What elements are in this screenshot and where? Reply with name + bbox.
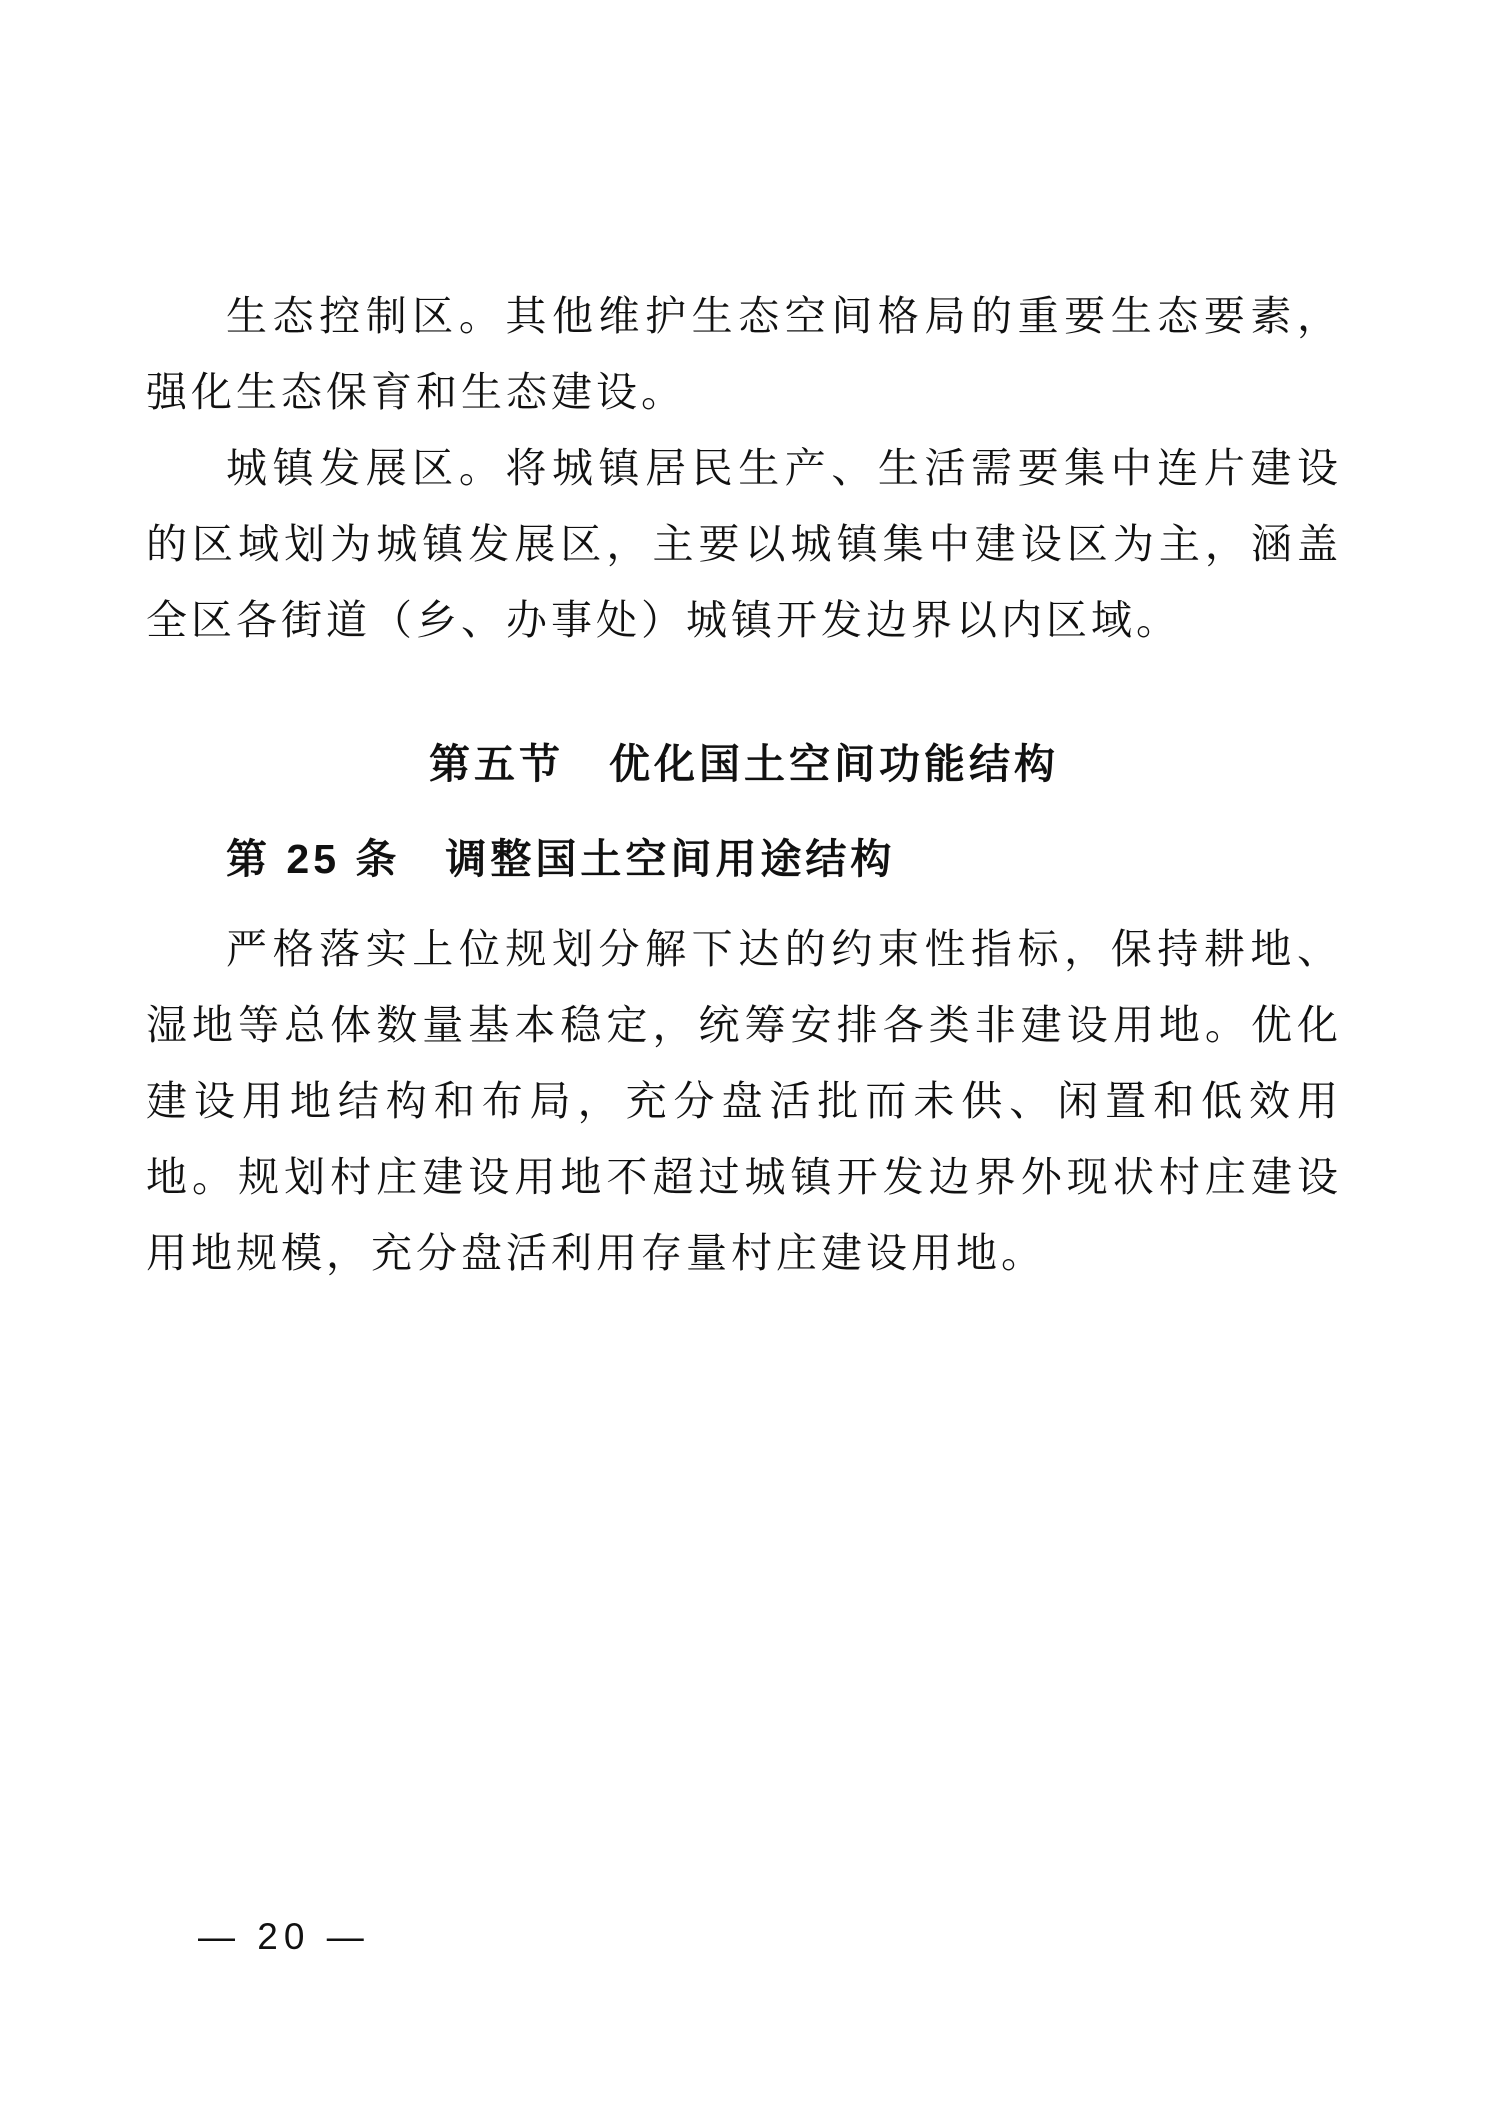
- section-heading: 第五节 优化国土空间功能结构: [146, 726, 1342, 802]
- article-25-heading: 第 25 条 调整国土空间用途结构: [146, 821, 1342, 897]
- page-number: — 20 —: [198, 1916, 370, 1958]
- document-page: 生态控制区。其他维护生态空间格局的重要生态要素，强化生态保育和生态建设。 城镇发…: [0, 0, 1488, 2104]
- document-body: 生态控制区。其他维护生态空间格局的重要生态要素，强化生态保育和生态建设。 城镇发…: [146, 278, 1342, 1291]
- paragraph-ecological-control-zone: 生态控制区。其他维护生态空间格局的重要生态要素，强化生态保育和生态建设。: [146, 278, 1342, 430]
- paragraph-urban-development-zone: 城镇发展区。将城镇居民生产、生活需要集中连片建设的区域划为城镇发展区，主要以城镇…: [146, 430, 1342, 658]
- paragraph-article-25-body: 严格落实上位规划分解下达的约束性指标，保持耕地、湿地等总体数量基本稳定，统筹安排…: [146, 911, 1342, 1291]
